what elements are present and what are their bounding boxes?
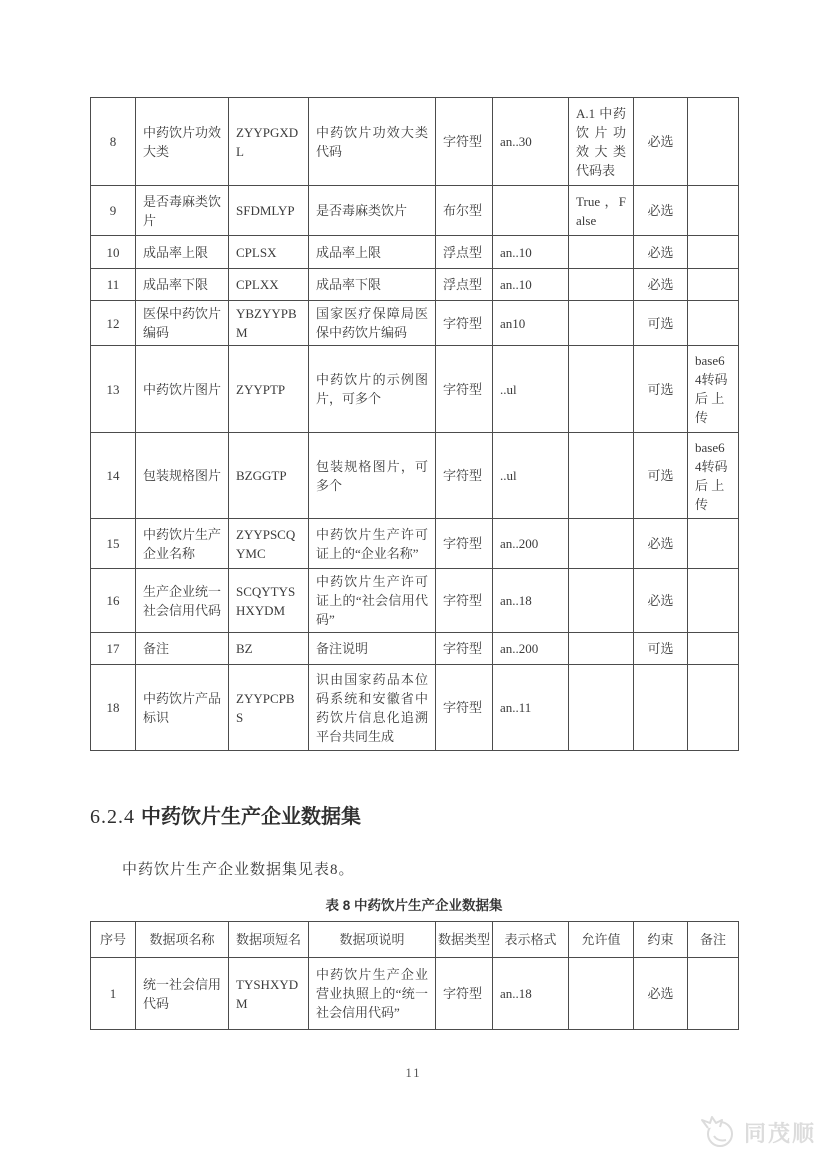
cell-no: 10: [91, 236, 136, 269]
cell-short: SFDMLYP: [229, 186, 309, 236]
table-row: 10成品率上限CPLSX成品率上限浮点型an..10必选: [91, 236, 739, 269]
table-row: 9是否毒麻类饮片SFDMLYP是否毒麻类饮片布尔型True ，False必选: [91, 186, 739, 236]
cell-constraint: 必选: [634, 236, 688, 269]
cell-short: ZYYPCPBS: [229, 665, 309, 751]
table-row: 1统一社会信用代码TYSHXYDM中药饮片生产企业营业执照上的“统一社会信用代码…: [91, 958, 739, 1030]
cell-allowed: A.1 中药饮片功效大类代码表: [569, 98, 634, 186]
cell-allowed: [569, 633, 634, 665]
column-header-remark: 备注: [688, 922, 739, 958]
column-header-allowed: 允许值: [569, 922, 634, 958]
cell-constraint: 必选: [634, 958, 688, 1030]
cell-short: TYSHXYDM: [229, 958, 309, 1030]
cell-desc: 中药饮片的示例图片，可多个: [309, 346, 436, 433]
cell-desc: 中药饮片生产企业营业执照上的“统一社会信用代码”: [309, 958, 436, 1030]
cell-type: 布尔型: [436, 186, 493, 236]
column-header-desc: 数据项说明: [309, 922, 436, 958]
cell-allowed: [569, 519, 634, 569]
column-header-name: 数据项名称: [136, 922, 229, 958]
table-header: 序号数据项名称数据项短名数据项说明数据类型表示格式允许值约束备注: [91, 922, 739, 958]
cell-type: 字符型: [436, 519, 493, 569]
cell-allowed: True ，False: [569, 186, 634, 236]
cell-desc: 国家医疗保障局医保中药饮片编码: [309, 301, 436, 346]
cell-name: 中药饮片产品标识: [136, 665, 229, 751]
cell-remark: base64转码后 上传: [688, 346, 739, 433]
cell-constraint: 必选: [634, 519, 688, 569]
cell-short: BZ: [229, 633, 309, 665]
watermark: 同茂顺: [698, 1114, 816, 1150]
cell-allowed: [569, 236, 634, 269]
cell-remark: [688, 958, 739, 1030]
cell-format: an..30: [493, 98, 569, 186]
cell-type: 字符型: [436, 346, 493, 433]
cell-short: CPLXX: [229, 269, 309, 301]
table-row: 8中药饮片功效大类ZYYPGXDL中药饮片功效大类代码字符型an..30A.1 …: [91, 98, 739, 186]
cell-allowed: [569, 346, 634, 433]
table-row: 18中药饮片产品标识ZYYPCPBS识由国家药品本位码系统和安徽省中药饮片信息化…: [91, 665, 739, 751]
cell-short: CPLSX: [229, 236, 309, 269]
cell-no: 13: [91, 346, 136, 433]
table-row: 15中药饮片生产企业名称ZYYPSCQYMC中药饮片生产许可证上的“企业名称”字…: [91, 519, 739, 569]
table-row: 17备注BZ备注说明字符型an..200可选: [91, 633, 739, 665]
cell-name: 是否毒麻类饮片: [136, 186, 229, 236]
cell-remark: [688, 633, 739, 665]
cell-no: 12: [91, 301, 136, 346]
cell-name: 中药饮片图片: [136, 346, 229, 433]
cell-no: 11: [91, 269, 136, 301]
cell-remark: [688, 519, 739, 569]
cell-short: YBZYYPBM: [229, 301, 309, 346]
cell-type: 字符型: [436, 665, 493, 751]
table-row: 14包装规格图片BZGGTP包装规格图片，可多个字符型..ul可选base64转…: [91, 433, 739, 519]
cell-no: 15: [91, 519, 136, 569]
cell-remark: [688, 569, 739, 633]
cell-format: an..18: [493, 958, 569, 1030]
cell-name: 生产企业统一社会信用代码: [136, 569, 229, 633]
cell-name: 成品率上限: [136, 236, 229, 269]
cell-type: 浮点型: [436, 269, 493, 301]
cell-short: ZYYPTP: [229, 346, 309, 433]
cell-no: 9: [91, 186, 136, 236]
cell-no: 16: [91, 569, 136, 633]
cell-name: 中药饮片功效大类: [136, 98, 229, 186]
table-row: 11成品率下限CPLXX成品率下限浮点型an..10必选: [91, 269, 739, 301]
cell-format: an10: [493, 301, 569, 346]
cell-name: 备注: [136, 633, 229, 665]
header-row: 序号数据项名称数据项短名数据项说明数据类型表示格式允许值约束备注: [91, 922, 739, 958]
cell-constraint: 可选: [634, 301, 688, 346]
cell-type: 字符型: [436, 301, 493, 346]
section-title: 中药饮片生产企业数据集: [141, 806, 361, 828]
cell-format: an..10: [493, 269, 569, 301]
cell-allowed: [569, 958, 634, 1030]
column-header-format: 表示格式: [493, 922, 569, 958]
cell-no: 18: [91, 665, 136, 751]
table-body: 8中药饮片功效大类ZYYPGXDL中药饮片功效大类代码字符型an..30A.1 …: [91, 98, 739, 751]
cell-desc: 中药饮片生产许可证上的“企业名称”: [309, 519, 436, 569]
page-number: 11: [0, 1066, 827, 1081]
table-body: 1统一社会信用代码TYSHXYDM中药饮片生产企业营业执照上的“统一社会信用代码…: [91, 958, 739, 1030]
cell-remark: [688, 98, 739, 186]
cell-allowed: [569, 269, 634, 301]
cell-no: 8: [91, 98, 136, 186]
cell-remark: [688, 301, 739, 346]
cell-name: 统一社会信用代码: [136, 958, 229, 1030]
column-header-short: 数据项短名: [229, 922, 309, 958]
cell-format: [493, 186, 569, 236]
table8-producer-dataset: 序号数据项名称数据项短名数据项说明数据类型表示格式允许值约束备注 1统一社会信用…: [90, 921, 739, 1030]
table8-caption: 表 8 中药饮片生产企业数据集: [90, 894, 738, 914]
cell-name: 包装规格图片: [136, 433, 229, 519]
cell-short: BZGGTP: [229, 433, 309, 519]
cell-name: 医保中药饮片编码: [136, 301, 229, 346]
body-paragraph: 中药饮片生产企业数据集见表8。: [122, 858, 355, 879]
cell-type: 字符型: [436, 433, 493, 519]
document-page: 8中药饮片功效大类ZYYPGXDL中药饮片功效大类代码字符型an..30A.1 …: [0, 0, 827, 1169]
cell-type: 字符型: [436, 98, 493, 186]
cell-constraint: 可选: [634, 346, 688, 433]
cell-format: ..ul: [493, 433, 569, 519]
table-row: 12医保中药饮片编码YBZYYPBM国家医疗保障局医保中药饮片编码字符型an10…: [91, 301, 739, 346]
table-row: 16生产企业统一社会信用代码SCQYTYSHXYDM中药饮片生产许可证上的“社会…: [91, 569, 739, 633]
cell-short: ZYYPGXDL: [229, 98, 309, 186]
cell-constraint: [634, 665, 688, 751]
cell-remark: [688, 186, 739, 236]
cell-constraint: 必选: [634, 569, 688, 633]
cell-remark: [688, 236, 739, 269]
watermark-text: 同茂顺: [744, 1117, 816, 1148]
cell-format: ..ul: [493, 346, 569, 433]
cell-name: 成品率下限: [136, 269, 229, 301]
table-row: 13中药饮片图片ZYYPTP中药饮片的示例图片，可多个字符型..ul可选base…: [91, 346, 739, 433]
cell-format: an..200: [493, 633, 569, 665]
column-header-no: 序号: [91, 922, 136, 958]
cell-type: 字符型: [436, 633, 493, 665]
cell-allowed: [569, 665, 634, 751]
cell-desc: 识由国家药品本位码系统和安徽省中药饮片信息化追溯平台共同生成: [309, 665, 436, 751]
cell-remark: [688, 665, 739, 751]
cell-desc: 是否毒麻类饮片: [309, 186, 436, 236]
cell-type: 浮点型: [436, 236, 493, 269]
cell-allowed: [569, 301, 634, 346]
cell-short: SCQYTYSHXYDM: [229, 569, 309, 633]
cell-allowed: [569, 433, 634, 519]
cell-constraint: 必选: [634, 269, 688, 301]
cell-short: ZYYPSCQYMC: [229, 519, 309, 569]
cell-allowed: [569, 569, 634, 633]
cell-no: 1: [91, 958, 136, 1030]
cell-format: an..11: [493, 665, 569, 751]
cell-type: 字符型: [436, 569, 493, 633]
cell-no: 17: [91, 633, 136, 665]
cell-desc: 成品率上限: [309, 236, 436, 269]
cell-desc: 成品率下限: [309, 269, 436, 301]
cell-desc: 包装规格图片，可多个: [309, 433, 436, 519]
cell-constraint: 可选: [634, 433, 688, 519]
cell-type: 字符型: [436, 958, 493, 1030]
column-header-constraint: 约束: [634, 922, 688, 958]
ox-head-logo-icon: [698, 1114, 738, 1150]
cell-constraint: 必选: [634, 186, 688, 236]
cell-name: 中药饮片生产企业名称: [136, 519, 229, 569]
cell-format: an..18: [493, 569, 569, 633]
section-heading: 6.2.4中药饮片生产企业数据集: [90, 800, 361, 829]
cell-format: an..10: [493, 236, 569, 269]
cell-constraint: 可选: [634, 633, 688, 665]
cell-remark: base64转码后 上传: [688, 433, 739, 519]
section-number: 6.2.4: [90, 806, 135, 828]
column-header-type: 数据类型: [436, 922, 493, 958]
cell-remark: [688, 269, 739, 301]
cell-constraint: 必选: [634, 98, 688, 186]
cell-no: 14: [91, 433, 136, 519]
cell-desc: 中药饮片生产许可证上的“社会信用代码”: [309, 569, 436, 633]
cell-format: an..200: [493, 519, 569, 569]
cell-desc: 中药饮片功效大类代码: [309, 98, 436, 186]
cell-desc: 备注说明: [309, 633, 436, 665]
data-items-table-continued: 8中药饮片功效大类ZYYPGXDL中药饮片功效大类代码字符型an..30A.1 …: [90, 97, 739, 751]
